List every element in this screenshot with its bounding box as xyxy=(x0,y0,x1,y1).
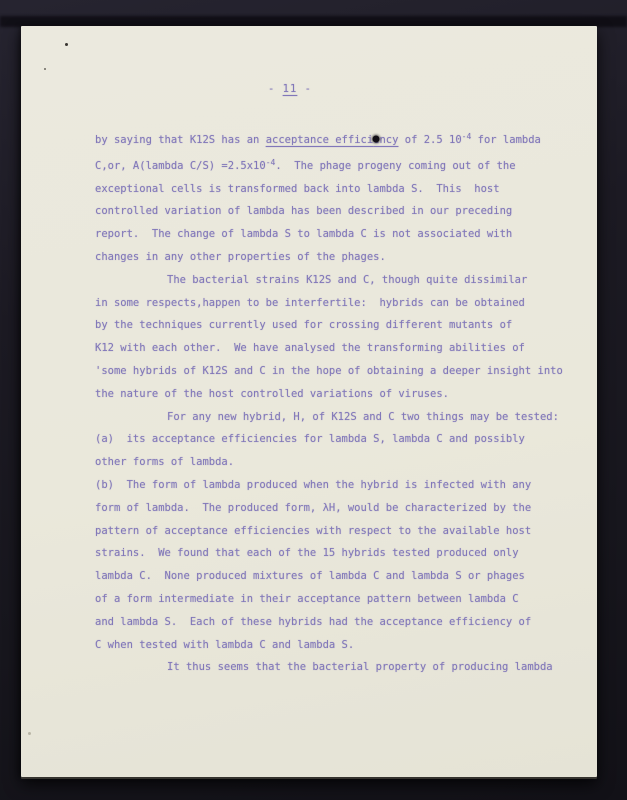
text-segment: C,or, A(lambda C/S) =2.5x10 xyxy=(95,160,266,172)
text-segment: of 2.5 10 xyxy=(398,134,461,146)
text-segment: pattern of acceptance efficiencies with … xyxy=(95,525,531,537)
text-segment: K12 with each other. We have analysed th… xyxy=(95,342,525,354)
text-segment: For any new hybrid, H, of K12S and C two… xyxy=(167,411,559,423)
page-number: - 11 - xyxy=(2,78,578,101)
text-segment: e xyxy=(373,134,379,146)
text-segment: 'some hybrids of K12S and C in the hope … xyxy=(95,365,563,377)
paper-speck xyxy=(65,43,68,46)
typed-line: other forms of lambda. xyxy=(95,451,569,474)
text-segment: of a form intermediate in their acceptan… xyxy=(95,593,519,605)
typed-line: The bacterial strains K12S and C, though… xyxy=(95,269,569,292)
typed-line: changes in any other properties of the p… xyxy=(95,246,569,269)
typed-line: (a) its acceptance efficiencies for lamb… xyxy=(95,428,569,451)
text-segment: report. The change of lambda S to lambda… xyxy=(95,228,512,240)
text-segment: controlled variation of lambda has been … xyxy=(95,205,512,217)
typed-text-body: by saying that K12S has an acceptance ef… xyxy=(95,126,569,679)
typed-line: lambda C. None produced mixtures of lamb… xyxy=(95,565,569,588)
typed-line: It thus seems that the bacterial propert… xyxy=(95,656,569,679)
photo-background: - 11 - by saying that K12S has an accept… xyxy=(0,0,627,800)
paper-speck xyxy=(28,732,31,735)
text-segment: and lambda S. Each of these hybrids had … xyxy=(95,616,531,628)
text-segment: . The phage progeny coming out of the xyxy=(275,160,515,172)
typed-line: report. The change of lambda S to lambda… xyxy=(95,223,569,246)
text-segment: 11 xyxy=(283,83,298,95)
text-segment: (b) The form of lambda produced when the… xyxy=(95,479,531,491)
text-segment: -4 xyxy=(462,132,472,141)
typed-line: For any new hybrid, H, of K12S and C two… xyxy=(95,406,569,429)
typed-line: strains. We found that each of the 15 hy… xyxy=(95,542,569,565)
typed-line: C,or, A(lambda C/S) =2.5x10-4. The phage… xyxy=(95,152,569,178)
typed-line: (b) The form of lambda produced when the… xyxy=(95,474,569,497)
text-segment: The bacterial strains K12S and C, though… xyxy=(167,274,527,286)
typed-line: 'some hybrids of K12S and C in the hope … xyxy=(95,360,569,383)
paper-speck xyxy=(44,68,46,70)
typed-line: in some respects,happen to be interferti… xyxy=(95,292,569,315)
typed-line: by saying that K12S has an acceptance ef… xyxy=(95,126,569,152)
text-segment: by saying that K12S has an xyxy=(95,134,266,146)
typed-line: and lambda S. Each of these hybrids had … xyxy=(95,611,569,634)
typed-line: K12 with each other. We have analysed th… xyxy=(95,337,569,360)
typed-line: pattern of acceptance efficiencies with … xyxy=(95,520,569,543)
text-segment: changes in any other properties of the p… xyxy=(95,251,386,263)
typed-line: exceptional cells is transformed back in… xyxy=(95,178,569,201)
typed-line: controlled variation of lambda has been … xyxy=(95,200,569,223)
typed-line: by the techniques currently used for cro… xyxy=(95,314,569,337)
text-segment: form of lambda. The produced form, λH, w… xyxy=(95,502,531,514)
document-page: - 11 - by saying that K12S has an accept… xyxy=(21,26,597,777)
text-segment: -4 xyxy=(266,158,276,167)
text-segment: It thus seems that the bacterial propert… xyxy=(167,661,553,673)
text-segment: for lambda xyxy=(471,134,541,146)
text-segment: ncy xyxy=(379,134,398,146)
text-segment: the nature of the host controlled variat… xyxy=(95,388,449,400)
text-segment: other forms of lambda. xyxy=(95,456,234,468)
text-segment: exceptional cells is transformed back in… xyxy=(95,183,500,195)
typed-line: C when tested with lambda C and lambda S… xyxy=(95,634,569,657)
text-segment: by the techniques currently used for cro… xyxy=(95,319,512,331)
text-segment: - xyxy=(268,83,283,95)
typed-line: of a form intermediate in their acceptan… xyxy=(95,588,569,611)
text-segment: acceptance effici xyxy=(266,134,373,146)
text-segment: - xyxy=(297,83,312,95)
text-segment: lambda C. None produced mixtures of lamb… xyxy=(95,570,525,582)
text-segment: C when tested with lambda C and lambda S… xyxy=(95,639,354,651)
typed-line: the nature of the host controlled variat… xyxy=(95,383,569,406)
text-segment: strains. We found that each of the 15 hy… xyxy=(95,547,519,559)
text-segment: in some respects,happen to be interferti… xyxy=(95,297,525,309)
typed-line: form of lambda. The produced form, λH, w… xyxy=(95,497,569,520)
text-segment: (a) its acceptance efficiencies for lamb… xyxy=(95,433,525,445)
